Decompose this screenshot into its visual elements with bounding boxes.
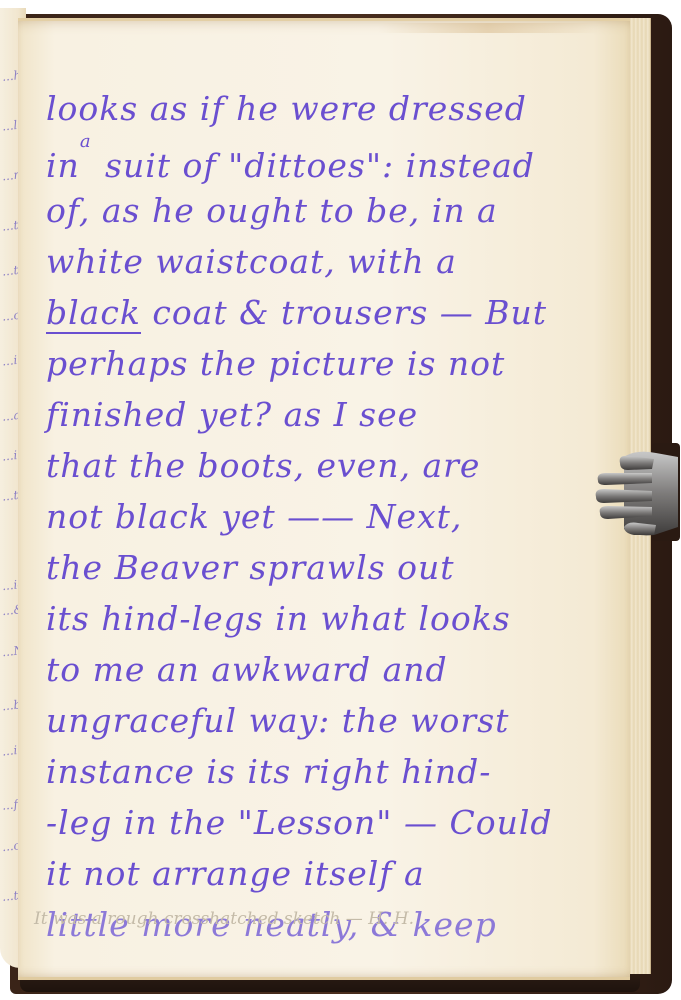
manuscript-page: looks as if he were dressed ina suit of … <box>18 18 630 980</box>
text-line: ina suit of "dittoes": instead <box>46 134 606 185</box>
metal-hand-clasp-icon <box>594 443 680 541</box>
facing-text-fragment: ...f <box>1 797 18 813</box>
paper-stain <box>378 23 598 33</box>
underlined-word: black <box>46 293 141 334</box>
inserted-word: a <box>80 131 92 152</box>
pencil-annotation: It was a rough crosshatched sketch — H. … <box>34 909 594 929</box>
text-line: black coat & trousers — But <box>46 287 606 338</box>
text-line: the Beaver sprawls out <box>46 542 606 593</box>
text-line: that the boots, even, are <box>46 440 606 491</box>
text-line: -leg in the "Lesson" — Could <box>46 797 606 848</box>
text-line: ungraceful way: the worst <box>46 695 606 746</box>
text-line: its hind-legs in what looks <box>46 593 606 644</box>
handwritten-text: looks as if he were dressed ina suit of … <box>46 83 606 950</box>
text-line: finished yet? as I see <box>46 389 606 440</box>
text-line: of, as he ought to be, in a <box>46 185 606 236</box>
text-line: white waistcoat, with a <box>46 236 606 287</box>
text-line: it not arrange itself a <box>46 848 606 899</box>
text-segment: coat & trousers — But <box>141 293 547 332</box>
text-segment: in <box>46 146 80 185</box>
text-line: instance is its right hind- <box>46 746 606 797</box>
text-line: perhaps the picture is not <box>46 338 606 389</box>
text-segment: suit of "dittoes": instead <box>94 146 535 185</box>
text-line: looks as if he were dressed <box>46 83 606 134</box>
text-line: to me an awkward and <box>46 644 606 695</box>
text-line: not black yet —— Next, <box>46 491 606 542</box>
